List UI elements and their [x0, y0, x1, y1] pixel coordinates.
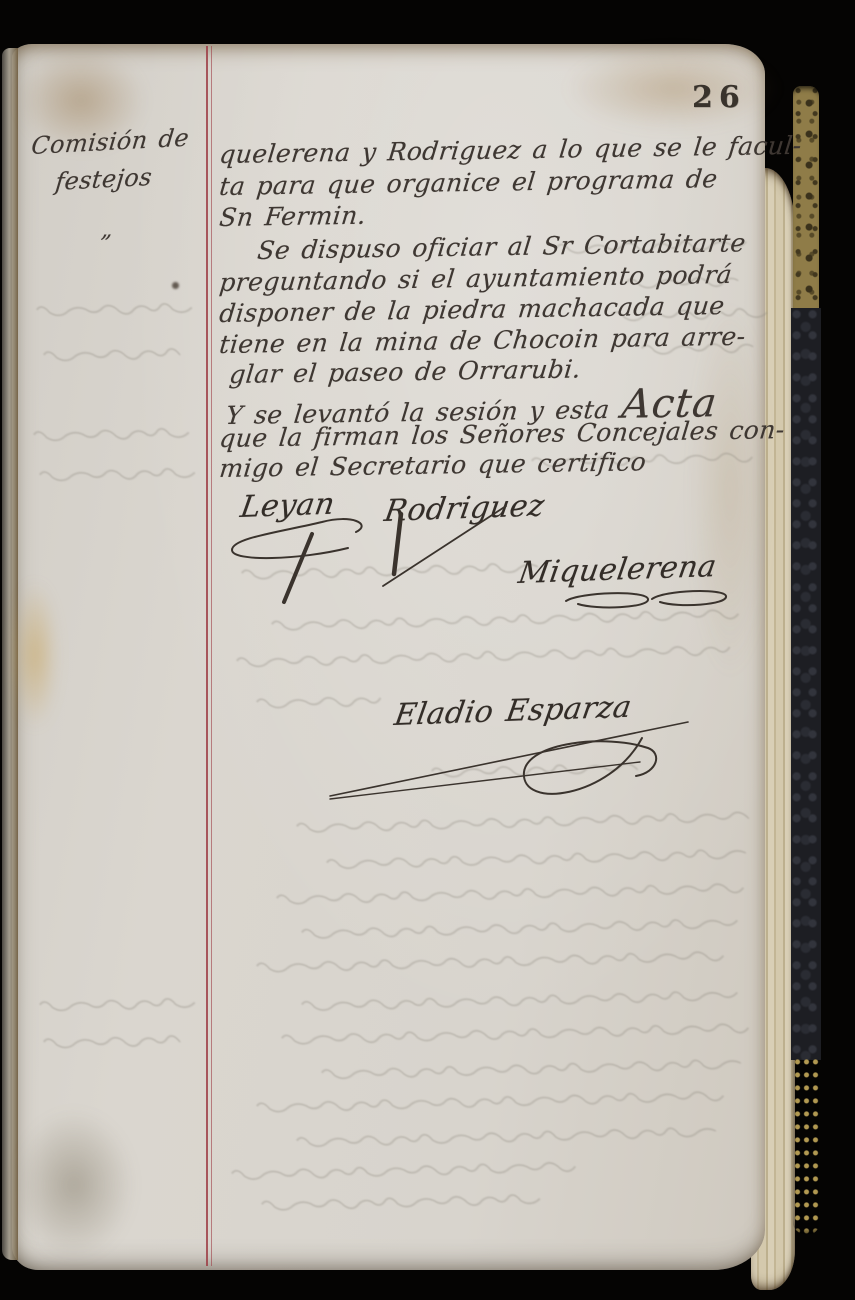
body-line: Sn Fermin. — [218, 201, 368, 232]
red-margin-rule — [206, 46, 208, 1266]
bleed-through-line — [33, 298, 186, 321]
signature-rodriguez: Rodriguez — [382, 488, 547, 529]
book-cover-edge-cloth — [791, 308, 821, 1060]
bleed-through-line — [253, 690, 386, 713]
gutter-edge — [2, 48, 18, 1260]
bleed-through-line — [36, 993, 189, 1016]
signature-leyan: Leyan — [238, 487, 337, 525]
bleed-through-line — [36, 463, 189, 486]
page-number: 26 — [692, 80, 746, 115]
bleed-through-line — [40, 1030, 183, 1053]
ditto-mark: „ — [100, 218, 114, 243]
book-cover-edge-top — [793, 86, 819, 314]
book-cover-edge-gilt — [793, 1058, 819, 1234]
red-margin-rule-inner — [211, 46, 212, 1266]
bleed-through-line — [40, 343, 188, 366]
signature-miquelerena: Miquelerena — [516, 549, 719, 591]
bleed-through-line — [30, 423, 188, 447]
photographed-manuscript: 26 Comisión de festejos „ quelerena y Ro… — [0, 0, 855, 1300]
margin-note-line2: festejos — [54, 163, 154, 196]
